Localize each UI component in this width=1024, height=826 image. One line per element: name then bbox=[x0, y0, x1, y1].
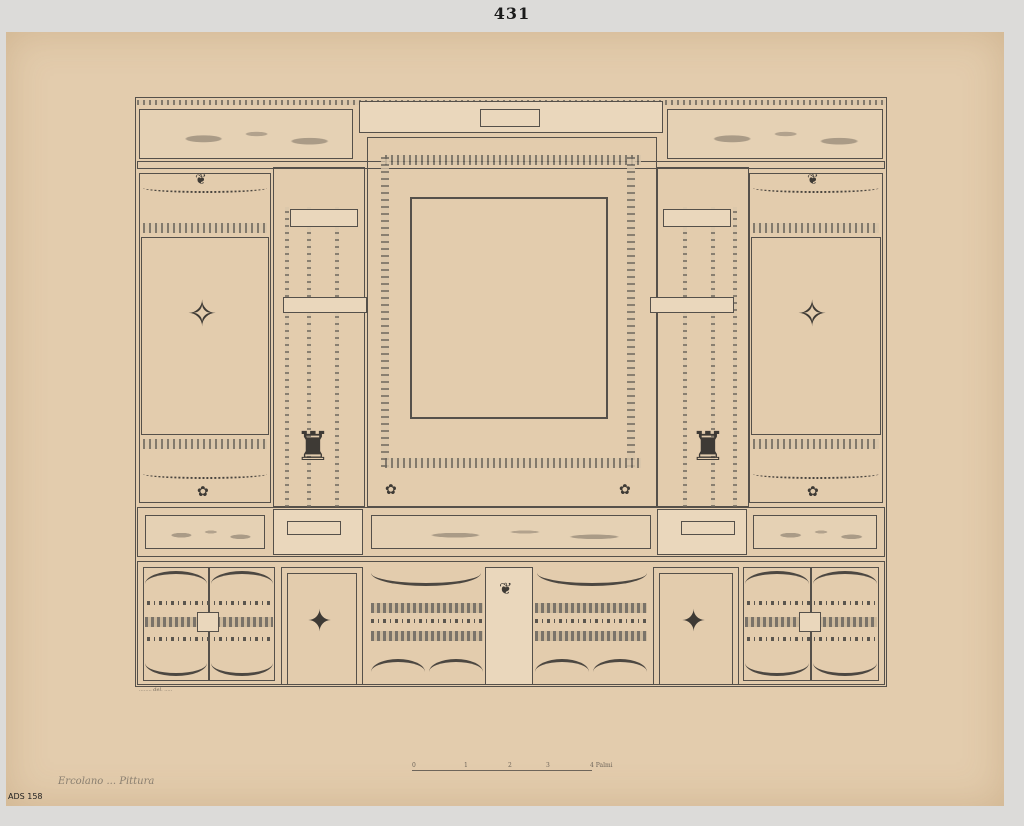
dado-left-chain-bottom bbox=[147, 637, 271, 641]
dado-center-chain-right bbox=[535, 619, 647, 623]
central-bottom-ornament-band bbox=[385, 458, 641, 468]
right-upper-ornament-band bbox=[753, 223, 879, 233]
entablature-plaque bbox=[480, 109, 540, 127]
handwritten-annotation: Ercolano ... Pittura bbox=[58, 776, 154, 787]
left-bottom-plant-ornament: ✿ bbox=[197, 485, 209, 499]
dancing-cupid-left: ✦ bbox=[307, 607, 332, 637]
central-left-pilaster-ornament bbox=[381, 157, 389, 467]
animal-scene-left bbox=[145, 515, 265, 549]
scale-tick-3: 3 bbox=[546, 762, 550, 769]
dado-center-band-right-top bbox=[535, 603, 647, 613]
landscape-frieze-right bbox=[667, 109, 883, 159]
scale-bar bbox=[412, 770, 592, 771]
scale-tick-0: 0 bbox=[412, 762, 416, 769]
right-figure-panel bbox=[751, 237, 881, 435]
archive-stamp: ADS 158 bbox=[8, 792, 43, 801]
right-top-bird-ornament: ❦ bbox=[807, 173, 819, 187]
left-pedestal-plaque bbox=[287, 521, 341, 535]
central-right-plant-ornament: ✿ bbox=[619, 483, 631, 497]
central-top-ornament-band bbox=[385, 155, 641, 165]
left-aedicula-column-1 bbox=[285, 207, 289, 507]
right-standing-statue: ♜ bbox=[690, 427, 726, 467]
left-bottom-garland bbox=[143, 469, 267, 479]
scale-tick-2: 2 bbox=[508, 762, 512, 769]
central-framed-panel bbox=[410, 197, 608, 419]
left-aedicula-canopy bbox=[290, 209, 358, 227]
right-bottom-plant-ornament: ✿ bbox=[807, 485, 819, 499]
dado-left-center-square bbox=[197, 612, 219, 632]
right-aedicula-column-1 bbox=[683, 207, 687, 507]
left-top-bird-ornament: ❦ bbox=[195, 173, 207, 187]
dancing-cupid-right: ✦ bbox=[681, 607, 706, 637]
left-aedicula-column-3 bbox=[335, 207, 339, 507]
right-aedicula-lintel bbox=[650, 297, 734, 313]
right-aedicula-canopy bbox=[663, 209, 731, 227]
scale-tick-1: 1 bbox=[464, 762, 468, 769]
dado-right-center-square bbox=[799, 612, 821, 632]
right-bottom-garland bbox=[753, 469, 879, 479]
left-lower-ornament-band bbox=[143, 439, 267, 449]
dado-right-chain-bottom bbox=[747, 637, 877, 641]
left-upper-ornament-band bbox=[143, 223, 267, 233]
right-pedestal-plaque bbox=[681, 521, 735, 535]
right-flying-figure-with-spear: ✧ bbox=[797, 297, 827, 333]
dado-left-chain-top bbox=[147, 601, 271, 605]
left-flying-figure: ✧ bbox=[187, 297, 217, 333]
left-figure-panel bbox=[141, 237, 269, 435]
plate-number: 431 bbox=[0, 4, 1024, 23]
dado-center-band-left-bottom bbox=[371, 631, 483, 641]
scale-tick-4: 4 Palmi bbox=[590, 762, 613, 769]
right-aedicula-column-3 bbox=[733, 207, 737, 507]
plant-motifs-center bbox=[371, 515, 651, 549]
wall-elevation-drawing: ❦ ✧ ✿ ♜ ✿ ✿ ♜ ❦ ✧ ✿ bbox=[135, 97, 887, 687]
dado-center-band-left-top bbox=[371, 603, 483, 613]
landscape-frieze-left bbox=[139, 109, 353, 159]
dado-center-chain-left bbox=[371, 619, 483, 623]
animal-scene-right bbox=[753, 515, 877, 549]
left-standing-statue: ♜ bbox=[295, 427, 331, 467]
dado-center-band-right-bottom bbox=[535, 631, 647, 641]
dado-right-chain-top bbox=[747, 601, 877, 605]
central-right-pilaster-ornament bbox=[627, 157, 635, 467]
artist-signature: ........ del. ..... bbox=[139, 687, 172, 693]
dado-center-bird: ❦ bbox=[499, 581, 512, 597]
right-lower-ornament-band bbox=[753, 439, 879, 449]
left-aedicula-lintel bbox=[283, 297, 367, 313]
central-left-plant-ornament: ✿ bbox=[385, 483, 397, 497]
